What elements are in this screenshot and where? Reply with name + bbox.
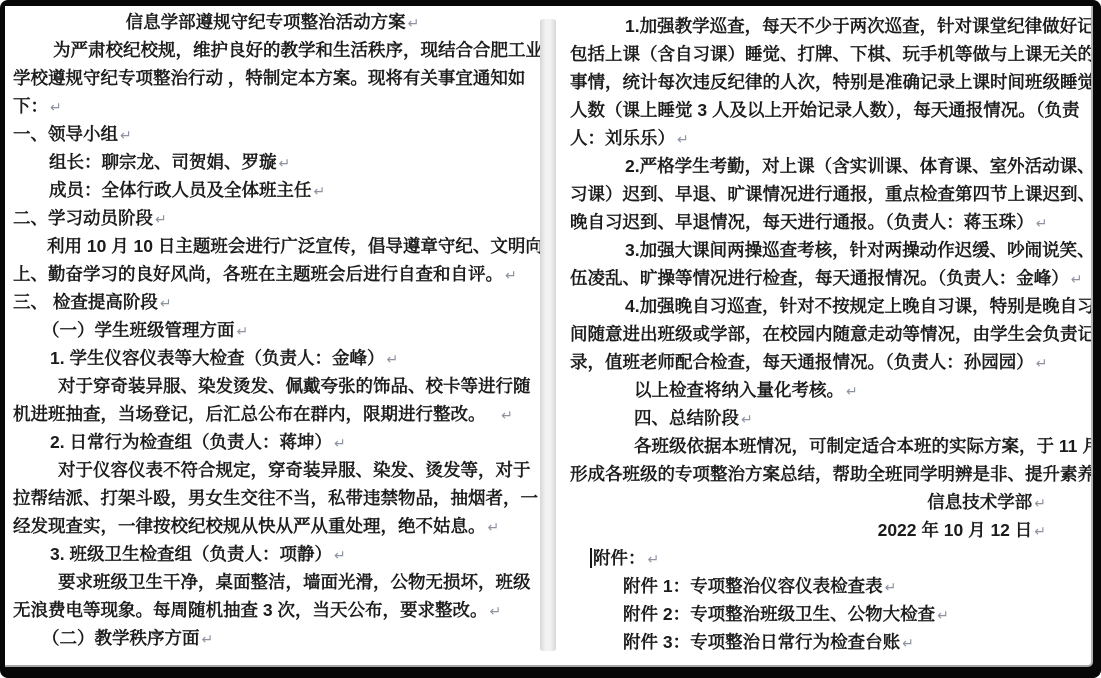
text-line: 组长：聊宗龙、司贺娟、罗璇↵ <box>13 148 532 176</box>
paragraph-mark-icon: ↵ <box>202 631 214 647</box>
text-line: 2. 日常行为检查组（负责人：蒋坤）↵ <box>13 428 532 456</box>
line-text: 3. 班级卫生检查组（负责人：项静） <box>50 544 332 564</box>
paragraph-mark-icon: ↵ <box>314 183 326 199</box>
text-line: 2.严格学生考勤，对上课（含实训课、体育课、室外活动课、自 <box>570 152 1093 180</box>
paragraph-mark-icon: ↵ <box>1034 495 1046 511</box>
text-line: 为严肃校纪校规，维护良好的教学和生活秩序，现结合合肥工业 <box>13 36 532 64</box>
line-text: 下： <box>13 96 48 116</box>
text-line: 事情，统计每次违反纪律的人次，特别是准确记录上课时间班级睡觉 <box>570 68 1093 96</box>
text-line: 间随意进出班级或学部，在校园内随意走动等情况，由学生会负责记 <box>570 320 1093 348</box>
paragraph-mark-icon: ↵ <box>408 15 420 31</box>
page-gap-divider <box>540 19 556 651</box>
text-line: 拉帮结派、打架斗殴，男女生交往不当，私带违禁物品，抽烟者，一 <box>13 484 532 512</box>
line-text: 附件 2：专项整治班级卫生、公物大检查 <box>623 604 935 624</box>
line-text: 信息学部遵规守纪专项整治活动方案 <box>126 12 406 32</box>
text-line: 一、领导小组↵ <box>13 120 532 148</box>
paragraph-mark-icon: ↵ <box>937 607 949 623</box>
paragraph-mark-icon: ↵ <box>1036 355 1048 371</box>
text-line: 以上检查将纳入量化考核。↵ <box>570 376 1093 404</box>
text-line: （一）学生班级管理方面↵ <box>13 316 532 344</box>
text-line: 成员：全体行政人员及全体班主任↵ <box>13 176 532 204</box>
text-line: 习课）迟到、早退、旷课情况进行通报，重点检查第四节上课迟到、 <box>570 180 1093 208</box>
text-line: 伍凌乱、旷操等情况进行检查，每天通报情况。（负责人：金峰）↵ <box>570 264 1093 292</box>
line-text: 习课）迟到、早退、旷课情况进行通报，重点检查第四节上课迟到、 <box>570 184 1093 204</box>
line-text: 无浪费电等现象。每周随机抽查 3 次，当天公布，要求整改。 <box>13 600 487 620</box>
line-text: 人：刘乐乐） <box>570 128 675 148</box>
line-text: 事情，统计每次违反纪律的人次，特别是准确记录上课时间班级睡觉 <box>570 72 1093 92</box>
line-text: 2.严格学生考勤，对上课（含实训课、体育课、室外活动课、自 <box>625 156 1093 176</box>
line-text: 要求班级卫生干净，桌面整洁，墙面光滑，公物无损坏，班级 <box>58 572 531 592</box>
line-text: 附件 3：专项整治日常行为检查台账 <box>623 632 900 652</box>
text-line: 信息技术学部↵ <box>570 488 1093 516</box>
screenshot-frame: 信息学部遵规守纪专项整治活动方案↵为严肃校纪校规，维护良好的教学和生活秩序，现结… <box>0 0 1101 678</box>
line-text: 上、勤奋学习的良好风尚，各班在主题班会后进行自查和自评。 <box>13 264 503 284</box>
text-line: 附件 1：专项整治仪容仪表检查表↵ <box>570 572 1093 600</box>
text-line: 经发现查实，一律按校纪校规从快从严从重处理，绝不姑息。↵ <box>13 512 532 540</box>
text-line: 学校遵规守纪专项整治行动 ，特制定本方案。现将有关事宜通知如 <box>13 64 532 92</box>
line-text: 晚自习迟到、早退情况，每天进行通报。（负责人：蒋玉珠） <box>570 212 1034 232</box>
paragraph-mark-icon: ↵ <box>155 211 167 227</box>
line-text: 1. 学生仪容仪表等大检查（负责人：金峰） <box>50 348 384 368</box>
text-cursor <box>590 548 592 568</box>
line-text: 人数（课上睡觉 3 人及以上开始记录人数），每天通报情况。（负责 <box>570 100 1079 120</box>
paragraph-mark-icon: ↵ <box>489 603 501 619</box>
paragraph-mark-icon: ↵ <box>1034 523 1046 539</box>
line-text: 伍凌乱、旷操等情况进行检查，每天通报情况。（负责人：金峰） <box>570 268 1069 288</box>
line-text: （二）教学秩序方面 <box>42 628 200 648</box>
text-line: 机进班抽查，当场登记，后汇总公布在群内，限期进行整改。 ↵ <box>13 400 532 428</box>
paragraph-mark-icon: ↵ <box>237 323 249 339</box>
line-text: 对于穿奇装异服、染发烫发、佩戴夸张的饰品、校卡等进行随 <box>58 376 531 396</box>
paragraph-mark-icon: ↵ <box>120 127 132 143</box>
line-text: 利用 10 月 10 日主题班会进行广泛宣传，倡导遵章守纪、文明向 <box>47 236 540 256</box>
line-text: 四、总结阶段 <box>634 408 739 428</box>
text-line: 1.加强教学巡查，每天不少于两次巡查，针对课堂纪律做好记录， <box>570 12 1093 40</box>
line-text: 一、领导小组 <box>13 124 118 144</box>
text-line: 附件 2：专项整治班级卫生、公物大检查↵ <box>570 600 1093 628</box>
line-text: 组长：聊宗龙、司贺娟、罗璇 <box>49 152 277 172</box>
paragraph-mark-icon: ↵ <box>501 407 513 423</box>
text-line: 四、总结阶段↵ <box>570 404 1093 432</box>
text-line: 附件 3：专项整治日常行为检查台账↵ <box>570 628 1093 656</box>
line-text: 二、学习动员阶段 <box>13 208 153 228</box>
line-text: 附件： <box>593 548 646 568</box>
paragraph-mark-icon: ↵ <box>334 435 346 451</box>
text-line: 人数（课上睡觉 3 人及以上开始记录人数），每天通报情况。（负责 <box>570 96 1093 124</box>
text-line: （二）教学秩序方面↵ <box>13 624 532 652</box>
line-text: 对于仪容仪表不符合规定，穿奇装异服、染发、烫发等，对于 <box>58 460 531 480</box>
text-line: 三、 检查提高阶段↵ <box>13 288 532 316</box>
document-page-left[interactable]: 信息学部遵规守纪专项整治活动方案↵为严肃校纪校规，维护良好的教学和生活秩序，现结… <box>5 6 540 665</box>
paragraph-mark-icon: ↵ <box>1036 215 1048 231</box>
paragraph-mark-icon: ↵ <box>885 579 897 595</box>
text-line: 2022 年 10 月 12 日↵ <box>570 516 1093 544</box>
text-line: 无浪费电等现象。每周随机抽查 3 次，当天公布，要求整改。↵ <box>13 596 532 624</box>
paragraph-mark-icon: ↵ <box>846 383 858 399</box>
paragraph-mark-icon: ↵ <box>279 155 291 171</box>
line-text: 信息技术学部 <box>927 492 1032 512</box>
line-text: （一）学生班级管理方面 <box>42 320 235 340</box>
line-text: 3.加强大课间两操巡查考核，针对两操动作迟缓、吵闹说笑、队 <box>625 240 1093 260</box>
text-line: 3.加强大课间两操巡查考核，针对两操动作迟缓、吵闹说笑、队 <box>570 236 1093 264</box>
text-line: 包括上课（含自习课）睡觉、打牌、下棋、玩手机等做与上课无关的 <box>570 40 1093 68</box>
paragraph-mark-icon: ↵ <box>648 551 660 567</box>
paragraph-mark-icon: ↵ <box>160 295 172 311</box>
line-text: 各班级依据本班情况，可制定适合本班的实际方案，于 11 月初 <box>634 436 1093 456</box>
text-line: 二、学习动员阶段↵ <box>13 204 532 232</box>
text-line: 4.加强晚自习巡查，针对不按规定上晚自习课，特别是晚自习期 <box>570 292 1093 320</box>
text-line: 晚自习迟到、早退情况，每天进行通报。（负责人：蒋玉珠）↵ <box>570 208 1093 236</box>
paragraph-mark-icon: ↵ <box>677 131 689 147</box>
line-text: 1.加强教学巡查，每天不少于两次巡查，针对课堂纪律做好记录， <box>625 16 1093 36</box>
line-text: 机进班抽查，当场登记，后汇总公布在群内，限期进行整改。 <box>13 404 499 424</box>
paragraph-mark-icon: ↵ <box>1071 271 1083 287</box>
line-text: 2. 日常行为检查组（负责人：蒋坤） <box>50 432 332 452</box>
line-text: 拉帮结派、打架斗殴，男女生交往不当，私带违禁物品，抽烟者，一 <box>13 488 538 508</box>
text-line: 对于仪容仪表不符合规定，穿奇装异服、染发、烫发等，对于 <box>13 456 532 484</box>
text-line: 对于穿奇装异服、染发烫发、佩戴夸张的饰品、校卡等进行随 <box>13 372 532 400</box>
paragraph-mark-icon: ↵ <box>505 267 517 283</box>
line-text: 经发现查实，一律按校纪校规从快从严从重处理，绝不姑息。 <box>13 516 486 536</box>
text-line: 各班级依据本班情况，可制定适合本班的实际方案，于 11 月初 <box>570 432 1093 460</box>
text-line: 上、勤奋学习的良好风尚，各班在主题班会后进行自查和自评。↵ <box>13 260 532 288</box>
text-line: 人：刘乐乐）↵ <box>570 124 1093 152</box>
line-text: 学校遵规守纪专项整治行动 ，特制定本方案。现将有关事宜通知如 <box>13 68 525 88</box>
paragraph-mark-icon: ↵ <box>488 519 500 535</box>
line-text: 三、 检查提高阶段 <box>13 292 158 312</box>
document-page-right[interactable]: 1.加强教学巡查，每天不少于两次巡查，针对课堂纪律做好记录，包括上课（含自习课）… <box>557 6 1093 665</box>
paragraph-mark-icon: ↵ <box>334 547 346 563</box>
line-text: 形成各班级的专项整治方案总结，帮助全班同学明辨是非、提升素养。 <box>570 464 1093 484</box>
line-text: 以上检查将纳入量化考核。 <box>634 380 844 400</box>
line-text: 2022 年 10 月 12 日 <box>878 520 1033 540</box>
text-line: 要求班级卫生干净，桌面整洁，墙面光滑，公物无损坏，班级 <box>13 568 532 596</box>
text-line: 录，值班老师配合检查，每天通报情况。（负责人：孙园园）↵ <box>570 348 1093 376</box>
text-line: 利用 10 月 10 日主题班会进行广泛宣传，倡导遵章守纪、文明向 <box>13 232 532 260</box>
line-text: 附件 1：专项整治仪容仪表检查表 <box>623 576 883 596</box>
document-canvas: 信息学部遵规守纪专项整治活动方案↵为严肃校纪校规，维护良好的教学和生活秩序，现结… <box>5 6 1093 667</box>
text-line: 3. 班级卫生检查组（负责人：项静）↵ <box>13 540 532 568</box>
paragraph-mark-icon: ↵ <box>902 635 914 651</box>
text-line: 下：↵ <box>13 92 532 120</box>
text-line: 附件：↵ <box>570 544 1093 572</box>
line-text: 间随意进出班级或学部，在校园内随意走动等情况，由学生会负责记 <box>570 324 1093 344</box>
text-line: 形成各班级的专项整治方案总结，帮助全班同学明辨是非、提升素养。 <box>570 460 1093 488</box>
paragraph-mark-icon: ↵ <box>741 411 753 427</box>
line-text: 为严肃校纪校规，维护良好的教学和生活秩序，现结合合肥工业 <box>53 40 540 60</box>
line-text: 成员：全体行政人员及全体班主任 <box>49 180 312 200</box>
paragraph-mark-icon: ↵ <box>386 351 398 367</box>
line-text: 录，值班老师配合检查，每天通报情况。（负责人：孙园园） <box>570 352 1034 372</box>
paragraph-mark-icon: ↵ <box>50 99 62 115</box>
text-line: 信息学部遵规守纪专项整治活动方案↵ <box>13 8 532 36</box>
text-line: 1. 学生仪容仪表等大检查（负责人：金峰）↵ <box>13 344 532 372</box>
line-text: 包括上课（含自习课）睡觉、打牌、下棋、玩手机等做与上课无关的 <box>570 44 1093 64</box>
line-text: 4.加强晚自习巡查，针对不按规定上晚自习课，特别是晚自习期 <box>625 296 1093 316</box>
